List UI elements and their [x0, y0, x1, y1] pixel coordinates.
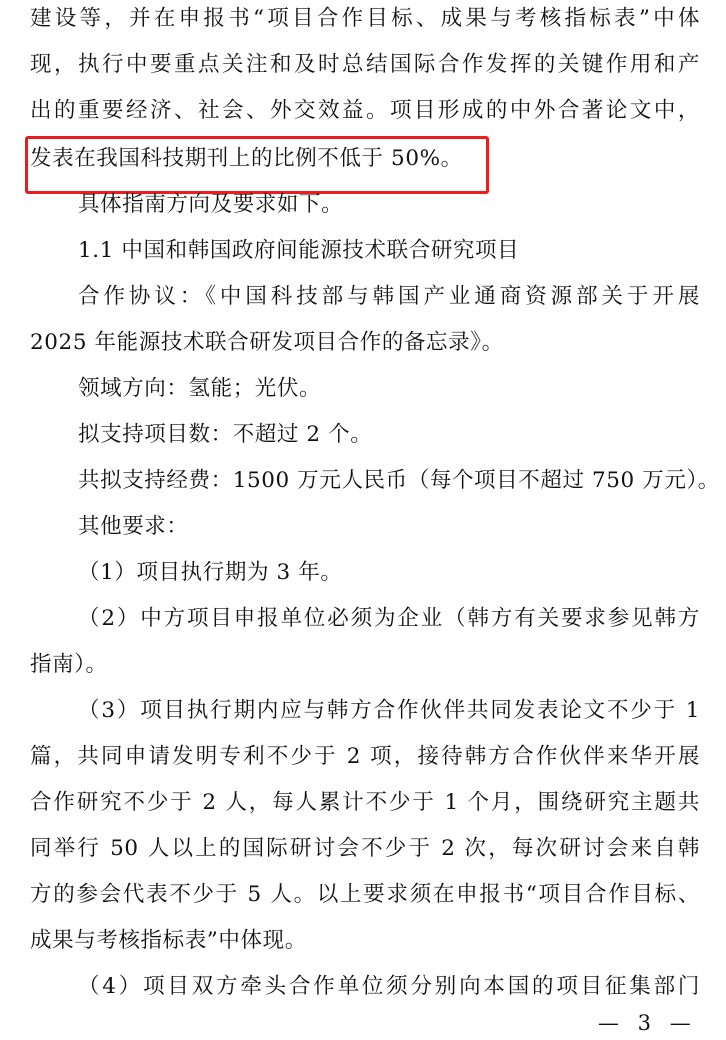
- text-line: 合作研究不少于 2 人，每人累计不少于 1 个月，围绕研究主题共: [30, 788, 700, 818]
- text-line: （3）项目执行期内应与韩方合作伙伴共同发表论文不少于 1: [78, 696, 700, 726]
- text-line: 同举行 50 人以上的国际研讨会不少于 2 次，每次研讨会来自韩: [30, 834, 700, 864]
- text-line: 拟支持项目数：不超过 2 个。: [78, 420, 700, 450]
- text-line: 领域方向：氢能；光伏。: [78, 374, 700, 404]
- text-line: 指南）。: [30, 650, 700, 680]
- text-line: 合作协议：《中国科技部与韩国产业通商资源部关于开展: [78, 282, 700, 312]
- text-line: 现，执行中要重点关注和及时总结国际合作发挥的关键作用和产: [30, 50, 700, 80]
- text-line: 方的参会代表不少于 5 人。以上要求须在申报书“项目合作目标、: [30, 880, 700, 910]
- text-line: 2025 年能源技术联合研发项目合作的备忘录》。: [30, 328, 700, 358]
- text-line: 共拟支持经费：1500 万元人民币（每个项目不超过 750 万元）。: [78, 466, 700, 496]
- text-line: 具体指南方向及要求如下。: [78, 190, 700, 220]
- highlighted-sentence: 发表在我国科技期刊上的比例不低于 50%。: [30, 144, 700, 174]
- text-line: （1）项目执行期为 3 年。: [78, 558, 700, 588]
- text-line: 1.1 中国和韩国政府间能源技术联合研究项目: [78, 236, 700, 266]
- text-line: 其他要求：: [78, 512, 700, 542]
- document-page: 建设等，并在申报书“项目合作目标、成果与考核指标表”中体现，执行中要重点关注和及…: [0, 0, 726, 1040]
- text-line: 成果与考核指标表”中体现。: [30, 926, 700, 956]
- text-line: 建设等，并在申报书“项目合作目标、成果与考核指标表”中体: [30, 4, 700, 34]
- page-number: — 3 —: [598, 1010, 678, 1036]
- text-line: （2）中方项目申报单位必须为企业（韩方有关要求参见韩方: [78, 604, 700, 634]
- text-line: 篇，共同申请发明专利不少于 2 项，接待韩方合作伙伴来华开展: [30, 742, 700, 772]
- text-line: 出的重要经济、社会、外交效益。项目形成的中外合著论文中，: [30, 96, 700, 126]
- text-line: （4）项目双方牵头合作单位须分别向本国的项目征集部门: [78, 972, 700, 1002]
